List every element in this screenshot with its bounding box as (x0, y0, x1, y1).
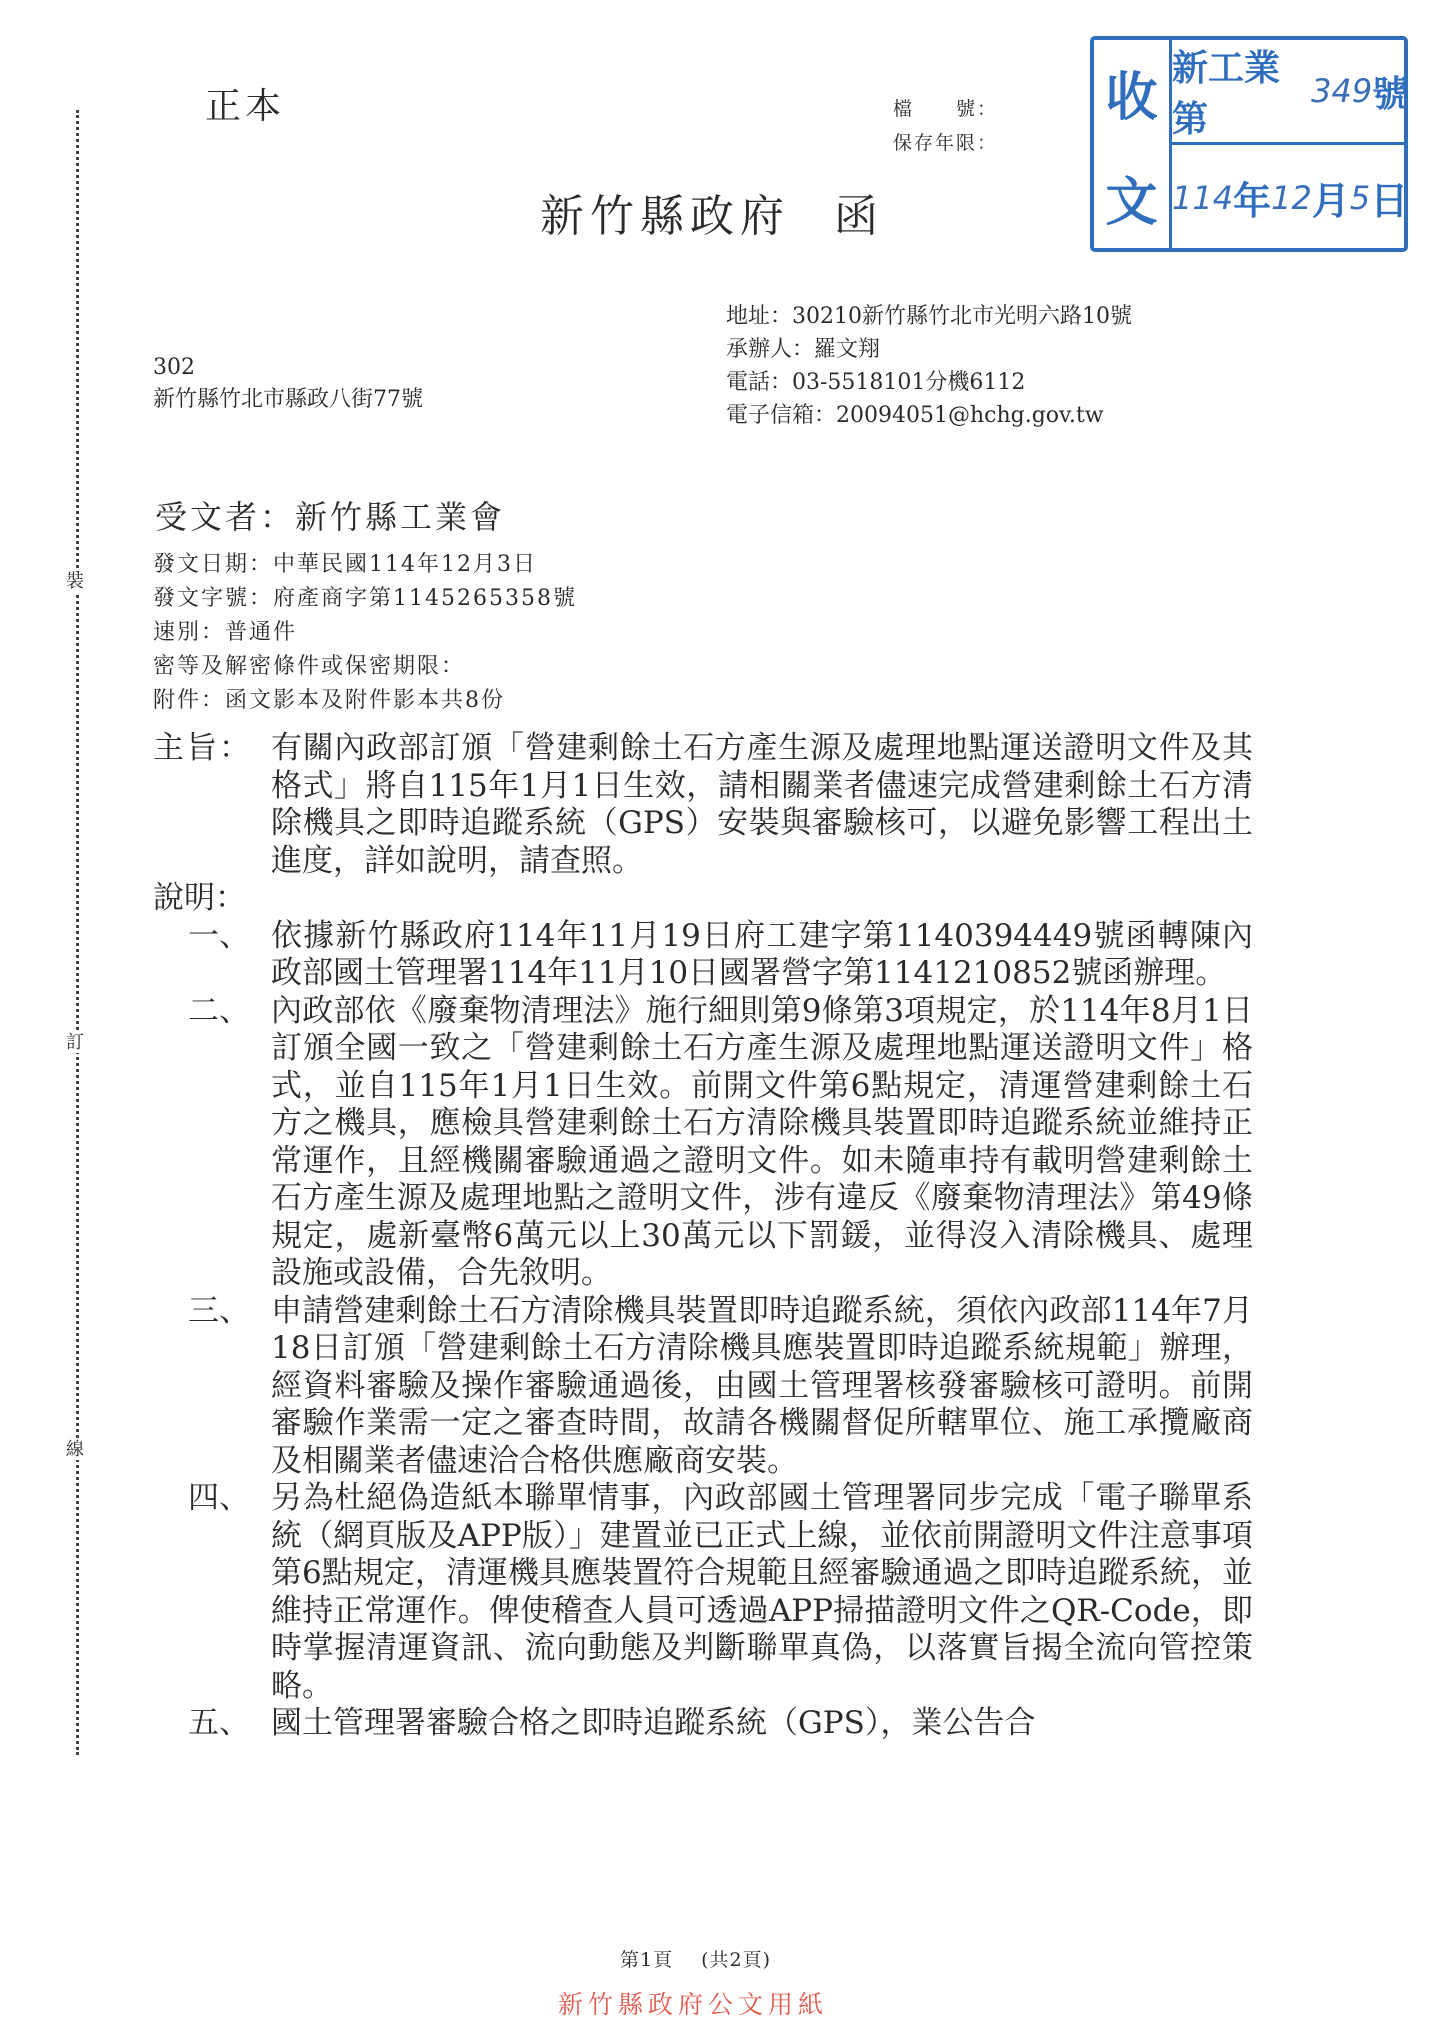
priority: 速別：普通件 (153, 616, 577, 650)
document-meta: 發文日期：中華民國114年12月3日 發文字號：府產商字第1145265358號… (153, 548, 577, 718)
stamp-side-bottom: 文 (1105, 160, 1157, 235)
recipient-address: 新竹縣竹北市縣政八街77號 (153, 384, 423, 416)
stamp-date-year: 114 (1172, 179, 1233, 217)
subject-section: 主旨： 有關內政部訂頒「營建剩餘土石方產生源及處理地點運送證明文件及其格式」將自… (153, 730, 1253, 880)
sender-info-block: 地址：30210新竹縣竹北市光明六路10號 承辦人：羅文翔 電話：03-5518… (726, 300, 1132, 432)
explanation-item: 三、 申請營建剩餘土石方清除機具裝置即時追蹤系統，須依內政部114年7月18日訂… (188, 1293, 1253, 1481)
sender-phone: 電話：03-5518101分機6112 (726, 366, 1132, 399)
item-text: 內政部依《廢棄物清理法》施行細則第9條第3項規定，於114年8月1日訂頒全國一致… (271, 993, 1253, 1293)
page-indicator: 第1頁(共2頁) (620, 1945, 771, 1972)
stamp-day-label: 日 (1370, 170, 1408, 225)
recipient-address-block: 302 新竹縣竹北市縣政八街77號 (153, 352, 423, 416)
retention-row: 保存年限： (893, 126, 1005, 160)
subject-text: 有關內政部訂頒「營建剩餘土石方產生源及處理地點運送證明文件及其格式」將自115年… (271, 730, 1253, 880)
receipt-stamp: 收 文 新工業第 349 號 114 年 12 月 5 日 (1090, 36, 1408, 252)
item-number: 四、 (188, 1480, 271, 1705)
subject-label: 主旨： (153, 730, 271, 880)
attachments: 附件：函文影本及附件影本共8份 (153, 684, 577, 718)
document-kind: 函 (834, 191, 884, 242)
stamp-rows: 新工業第 349 號 114 年 12 月 5 日 (1172, 40, 1408, 250)
sender-handler: 承辦人：羅文翔 (726, 333, 1132, 366)
stamp-month-label: 月 (1312, 170, 1350, 225)
item-number: 一、 (188, 918, 271, 993)
item-text: 依據新竹縣政府114年11月19日府工建字第1140394449號函轉陳內政部國… (271, 918, 1253, 993)
stamp-receipt-number: 新工業第 349 號 (1172, 40, 1408, 145)
copy-type-label: 正本 (205, 78, 285, 129)
agency-name: 新竹縣政府 (540, 191, 790, 242)
file-meta: 檔 號： 保存年限： (893, 92, 1005, 160)
stamp-side: 收 文 (1094, 40, 1172, 250)
stamp-year-label: 年 (1233, 170, 1271, 225)
item-number: 三、 (188, 1293, 271, 1481)
explanation-items: 一、 依據新竹縣政府114年11月19日府工建字第1140394449號函轉陳內… (188, 918, 1253, 1743)
stamp-date-month: 12 (1271, 179, 1312, 217)
item-text: 申請營建剩餘土石方清除機具裝置即時追蹤系統，須依內政部114年7月18日訂頒「營… (271, 1293, 1253, 1481)
binding-char-xian: 線 (66, 1440, 84, 1460)
binding-dotted-line (76, 110, 79, 1755)
sender-email: 電子信箱：20094051@hchg.gov.tw (726, 399, 1132, 432)
receiver-line: 受文者：新竹縣工業會 (155, 492, 505, 538)
classification: 密等及解密條件或保密期限： (153, 650, 577, 684)
explanation-item: 二、 內政部依《廢棄物清理法》施行細則第9條第3項規定，於114年8月1日訂頒全… (188, 993, 1253, 1293)
item-text: 另為杜絕偽造紙本聯單情事，內政部國土管理署同步完成「電子聯單系統（網頁版及APP… (271, 1480, 1253, 1705)
file-number-row: 檔 號： (893, 92, 1005, 126)
stamp-side-top: 收 (1105, 55, 1157, 130)
issue-date: 發文日期：中華民國114年12月3日 (153, 548, 577, 582)
item-text: 國土管理署審驗合格之即時追蹤系統（GPS），業公告合 (271, 1705, 1253, 1743)
explanation-label: 說明： (153, 880, 1253, 918)
item-number: 五、 (188, 1705, 271, 1743)
official-paper-label: 新竹縣政府公文用紙 (558, 1985, 828, 2021)
sender-address: 地址：30210新竹縣竹北市光明六路10號 (726, 300, 1132, 333)
stamp-number-handwritten: 349 (1311, 72, 1372, 110)
stamp-number-prefix: 新工業第 (1172, 40, 1311, 142)
explanation-item: 四、 另為杜絕偽造紙本聯單情事，內政部國土管理署同步完成「電子聯單系統（網頁版及… (188, 1480, 1253, 1705)
document-body: 主旨： 有關內政部訂頒「營建剩餘土石方產生源及處理地點運送證明文件及其格式」將自… (153, 730, 1253, 1743)
stamp-date-day: 5 (1350, 179, 1370, 217)
file-number-label: 檔 號： (893, 92, 1005, 126)
stamp-number-suffix: 號 (1372, 66, 1408, 117)
recipient-postal-code: 302 (153, 352, 423, 384)
retention-label: 保存年限： (893, 126, 1005, 160)
stamp-receipt-date: 114 年 12 月 5 日 (1172, 145, 1408, 250)
binding-char-ding: 訂 (66, 1033, 84, 1053)
explanation-item: 五、 國土管理署審驗合格之即時追蹤系統（GPS），業公告合 (188, 1705, 1253, 1743)
page-total: (共2頁) (701, 1949, 771, 1971)
document-title: 新竹縣政府函 (540, 180, 884, 244)
page-number: 第1頁 (620, 1949, 673, 1971)
explanation-item: 一、 依據新竹縣政府114年11月19日府工建字第1140394449號函轉陳內… (188, 918, 1253, 993)
issue-number: 發文字號：府產商字第1145265358號 (153, 582, 577, 616)
binding-char-zhuang: 裝 (66, 572, 84, 592)
item-number: 二、 (188, 993, 271, 1293)
